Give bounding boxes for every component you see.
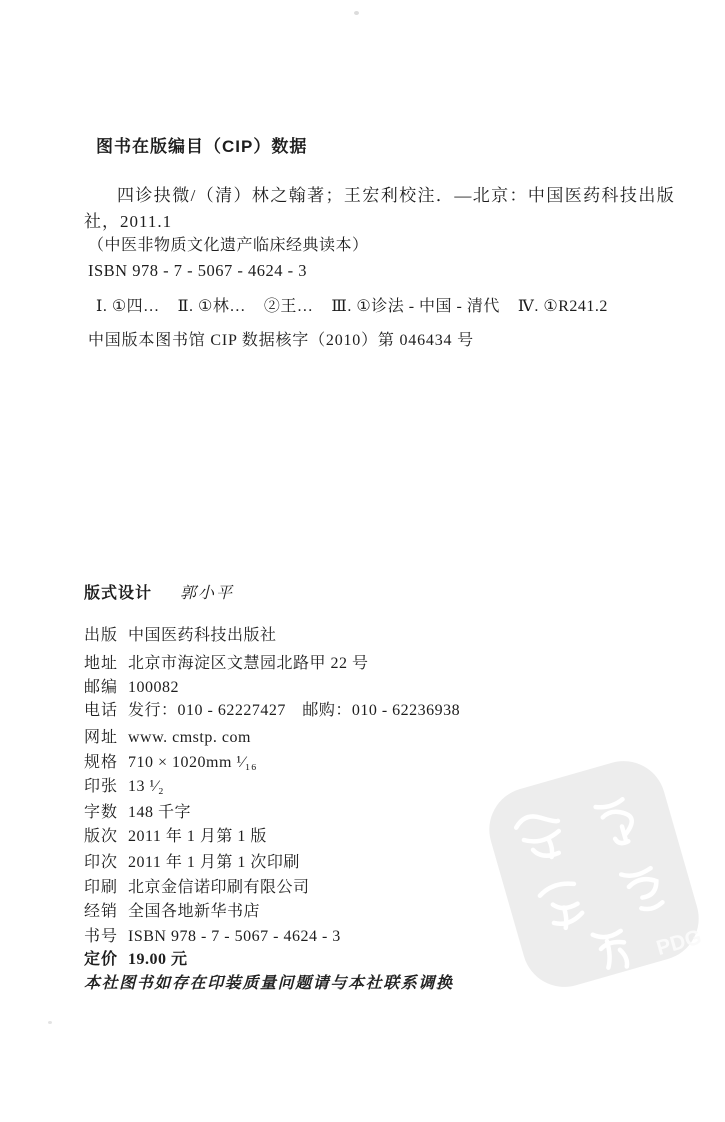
colophon-row: 邮编100082 [84, 678, 179, 698]
colophon-value: 148 千字 [128, 804, 191, 821]
colophon-value: 2011 年 1 月第 1 版 [128, 828, 267, 845]
paper-speck [48, 1021, 52, 1024]
cip-classification: Ⅰ. ①四… Ⅱ. ①林… ②王… Ⅲ. ①诊法 - 中国 - 清代 Ⅳ. ①R… [96, 297, 608, 317]
colophon-row: 书号ISBN 978 - 7 - 5067 - 4624 - 3 [84, 927, 341, 947]
colophon-label: 电话 [84, 701, 128, 721]
colophon-label: 网址 [84, 728, 128, 748]
colophon-label: 印张 [84, 777, 128, 797]
colophon-value: 北京金信诺印刷有限公司 [128, 879, 310, 896]
classification-segment: ②王… [264, 297, 314, 317]
colophon-value: 发行：010 - 62227427 邮购：010 - 62236938 [128, 702, 460, 719]
colophon-row: 印次2011 年 1 月第 1 次印刷 [84, 853, 300, 873]
colophon-row: 出版中国医药科技出版社 [84, 626, 277, 646]
paper-speck [354, 11, 359, 15]
classification-segment: Ⅲ. ①诊法 - 中国 - 清代 [331, 297, 499, 317]
cip-description-line1: 四诊抉微/（清）林之翰著；王宏利校注．—北京：中国医药科技出版 [117, 185, 675, 206]
colophon-label: 印刷 [84, 878, 128, 898]
colophon-row: 印刷北京金信诺印刷有限公司 [84, 878, 310, 898]
cip-record-number: 中国版本图书馆 CIP 数据核字（2010）第 046434 号 [88, 331, 474, 351]
design-credit-row: 版式设计郭小平 [84, 584, 234, 604]
watermark-stamp: PDG [468, 742, 720, 1010]
book-copyright-page: 图书在版编目（CIP）数据 四诊抉微/（清）林之翰著；王宏利校注．—北京：中国医… [0, 0, 725, 1122]
colophon-value: 2011 年 1 月第 1 次印刷 [128, 854, 300, 871]
colophon-row: 版次2011 年 1 月第 1 版 [84, 827, 267, 847]
colophon-row: 地址北京市海淀区文慧园北路甲 22 号 [84, 654, 369, 674]
colophon-value: 全国各地新华书店 [128, 903, 260, 920]
colophon-label: 规格 [84, 753, 128, 773]
colophon-value: 13 ¹⁄₂ [128, 778, 164, 795]
design-credit-value: 郭小平 [180, 585, 234, 602]
colophon-value: 100082 [128, 679, 179, 696]
classification-segment: Ⅰ. ①四… [96, 297, 160, 317]
colophon-label: 版次 [84, 827, 128, 847]
cip-header: 图书在版编目（CIP）数据 [96, 136, 307, 157]
colophon-value: ISBN 978 - 7 - 5067 - 4624 - 3 [128, 928, 341, 945]
colophon-row-price: 定价19.00 元 [84, 950, 188, 970]
colophon-value: 710 × 1020mm ¹⁄₁₆ [128, 754, 257, 771]
colophon-row: 字数148 千字 [84, 803, 191, 823]
colophon-value: 中国医药科技出版社 [128, 627, 277, 644]
watermark-seal-background [479, 751, 708, 997]
colophon-value: www. cmstp. com [128, 729, 251, 746]
classification-segment: Ⅳ. ①R241.2 [518, 297, 608, 317]
colophon-label: 出版 [84, 626, 128, 646]
colophon-row: 电话发行：010 - 62227427 邮购：010 - 62236938 [84, 701, 460, 721]
cip-description-line2: 社，2011.1 [84, 211, 172, 232]
colophon-value: 北京市海淀区文慧园北路甲 22 号 [128, 655, 369, 672]
colophon-label: 书号 [84, 927, 128, 947]
colophon-label: 定价 [84, 950, 128, 970]
classification-segment: Ⅱ. ①林… [178, 297, 246, 317]
colophon-label: 字数 [84, 803, 128, 823]
colophon-row: 经销全国各地新华书店 [84, 902, 260, 922]
colophon-value: 19.00 元 [128, 951, 188, 968]
colophon-row: 网址www. cmstp. com [84, 728, 251, 748]
colophon-label: 地址 [84, 654, 128, 674]
cip-series-note: （中医非物质文化遗产临床经典读本） [88, 236, 369, 256]
cip-isbn: ISBN 978 - 7 - 5067 - 4624 - 3 [88, 261, 307, 282]
colophon-label: 经销 [84, 902, 128, 922]
footer-note: 本社图书如存在印装质量问题请与本社联系调换 [84, 974, 454, 994]
design-credit-label: 版式设计 [84, 584, 180, 604]
colophon-row: 规格710 × 1020mm ¹⁄₁₆ [84, 753, 257, 773]
colophon-label: 邮编 [84, 678, 128, 698]
colophon-row: 印张13 ¹⁄₂ [84, 777, 164, 797]
colophon-label: 印次 [84, 853, 128, 873]
